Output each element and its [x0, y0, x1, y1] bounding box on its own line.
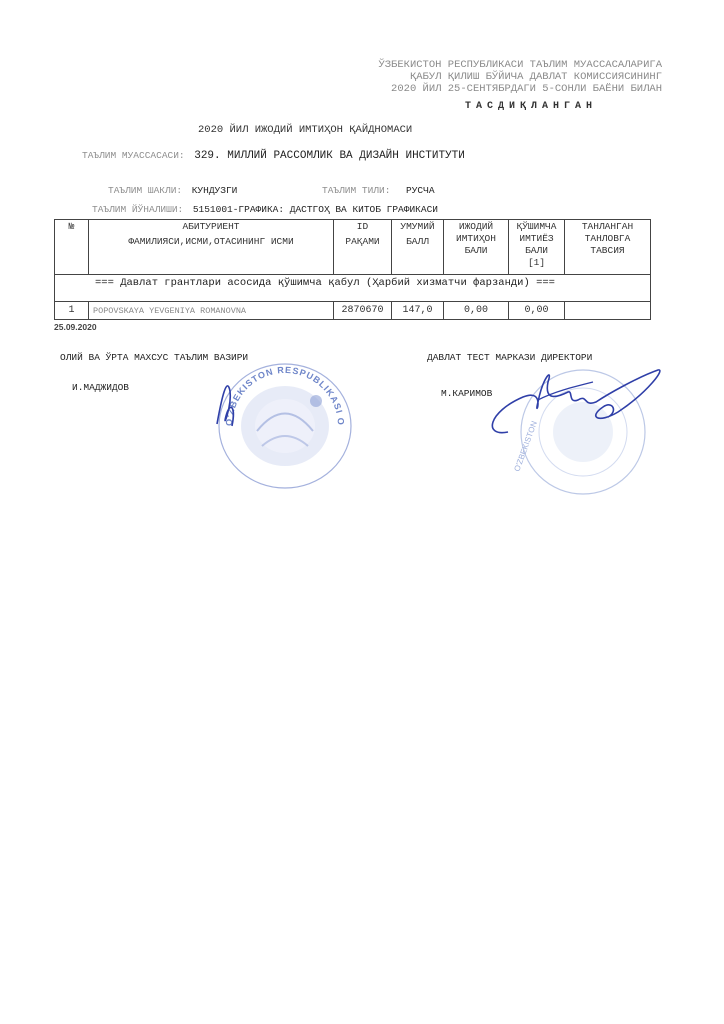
header-line: ФАМИЛИЯСИ,ИСМИ,ОТАСИНИНГ ИСМИ [89, 236, 333, 248]
cell-id: 2870670 [334, 302, 392, 320]
header-line: ТАВСИЯ [565, 245, 650, 257]
header-extra-privilege: ҚЎШИМЧА ИМТИЁЗ БАЛИ [1] [509, 220, 565, 275]
header-line: № [55, 221, 88, 233]
header-line: ИМТИЁЗ [509, 233, 564, 245]
approved-stamp-text: ТАСДИҚЛАНГАН [465, 101, 597, 112]
study-language-label: ТАЪЛИМ ТИЛИ: [322, 185, 390, 196]
study-form-value: КУНДУЗГИ [192, 185, 238, 196]
header-line: [1] [509, 257, 564, 269]
cell-name: POPOVSKAYA YEVGENIYA ROMANOVNA [89, 302, 334, 320]
header-recommendation: ТАНЛАНГАН ТАНЛОВГА ТАВСИЯ [565, 220, 651, 275]
header-line: БАЛИ [444, 245, 508, 257]
header-line: ИЖОДИЙ [444, 221, 508, 233]
approval-line-2: ҚАБУЛ ҚИЛИШ БЎЙИЧА ДАВЛАТ КОМИССИЯСИНИНГ [410, 72, 662, 83]
study-direction-label: ТАЪЛИМ ЙЎНАЛИШИ: [92, 204, 183, 215]
header-id: ID РАҚАМИ [334, 220, 392, 275]
header-line: ИМТИҲОН [444, 233, 508, 245]
study-form-label: ТАЪЛИМ ШАКЛИ: [108, 185, 182, 196]
group-label: === Давлат грантлари асосида қўшимча қаб… [55, 275, 651, 302]
table-group-row: === Давлат грантлари асосида қўшимча қаб… [55, 275, 651, 302]
cell-recommendation [565, 302, 651, 320]
approval-line-1: ЎЗБЕКИСТОН РЕСПУБЛИКАСИ ТАЪЛИМ МУАССАСАЛ… [378, 60, 662, 71]
institution-line: ТАЪЛИМ МУАССАСАСИ: 329. МИЛЛИЙ РАССОМЛИК… [82, 145, 465, 163]
applicants-table: № АБИТУРИЕНТ ФАМИЛИЯСИ,ИСМИ,ОТАСИНИНГ ИС… [54, 219, 651, 320]
document-title: 2020 ЙИЛ ИЖОДИЙ ИМТИҲОН ҚАЙДНОМАСИ [198, 124, 412, 136]
table-row: 1 POPOVSKAYA YEVGENIYA ROMANOVNA 2870670… [55, 302, 651, 320]
document-date: 25.09.2020 [54, 322, 97, 332]
header-line: ID [334, 221, 391, 233]
header-applicant: АБИТУРИЕНТ ФАМИЛИЯСИ,ИСМИ,ОТАСИНИНГ ИСМИ [89, 220, 334, 275]
header-creative-exam: ИЖОДИЙ ИМТИҲОН БАЛИ [444, 220, 509, 275]
approval-line-3: 2020 ЙИЛ 25-СЕНТЯБРДАГИ 5-СОНЛИ БАЁНИ БИ… [391, 84, 662, 95]
study-direction-value: 5151001-ГРАФИКА: ДАСТГОҲ ВА КИТОБ ГРАФИК… [193, 204, 438, 215]
institution-value: 329. МИЛЛИЙ РАССОМЛИК ВА ДИЗАЙН ИНСТИТУТ… [194, 150, 465, 162]
header-line: УМУМИЙ [392, 221, 443, 233]
cell-extra-privilege-score: 0,00 [509, 302, 565, 320]
institution-label: ТАЪЛИМ МУАССАСАСИ: [82, 150, 185, 161]
header-line: АБИТУРИЕНТ [89, 221, 333, 233]
table-header-row: № АБИТУРИЕНТ ФАМИЛИЯСИ,ИСМИ,ОТАСИНИНГ ИС… [55, 220, 651, 275]
study-form-line: ТАЪЛИМ ШАКЛИ: КУНДУЗГИ [108, 180, 237, 198]
header-line: РАҚАМИ [334, 236, 391, 248]
header-total-score: УМУМИЙ БАЛЛ [392, 220, 444, 275]
study-language-line: ТАЪЛИМ ТИЛИ: РУСЧА [322, 180, 435, 198]
cell-creative-exam-score: 0,00 [444, 302, 509, 320]
header-line: БАЛИ [509, 245, 564, 257]
header-line: БАЛЛ [392, 236, 443, 248]
header-number: № [55, 220, 89, 275]
cell-number: 1 [55, 302, 89, 320]
official-stamp-icon: O'ZBEKISTON RESPUBLIKASI OLIY VA O'RTA M… [212, 356, 358, 492]
study-direction-line: ТАЪЛИМ ЙЎНАЛИШИ: 5151001-ГРАФИКА: ДАСТГО… [92, 199, 438, 217]
header-line: ТАНЛОВГА [565, 233, 650, 245]
left-signatory-name: И.МАДЖИДОВ [72, 382, 129, 393]
header-line: ҚЎШИМЧА [509, 221, 564, 233]
study-language-value: РУСЧА [406, 185, 435, 196]
signature-icon [478, 362, 668, 442]
cell-total-score: 147,0 [392, 302, 444, 320]
header-line: ТАНЛАНГАН [565, 221, 650, 233]
